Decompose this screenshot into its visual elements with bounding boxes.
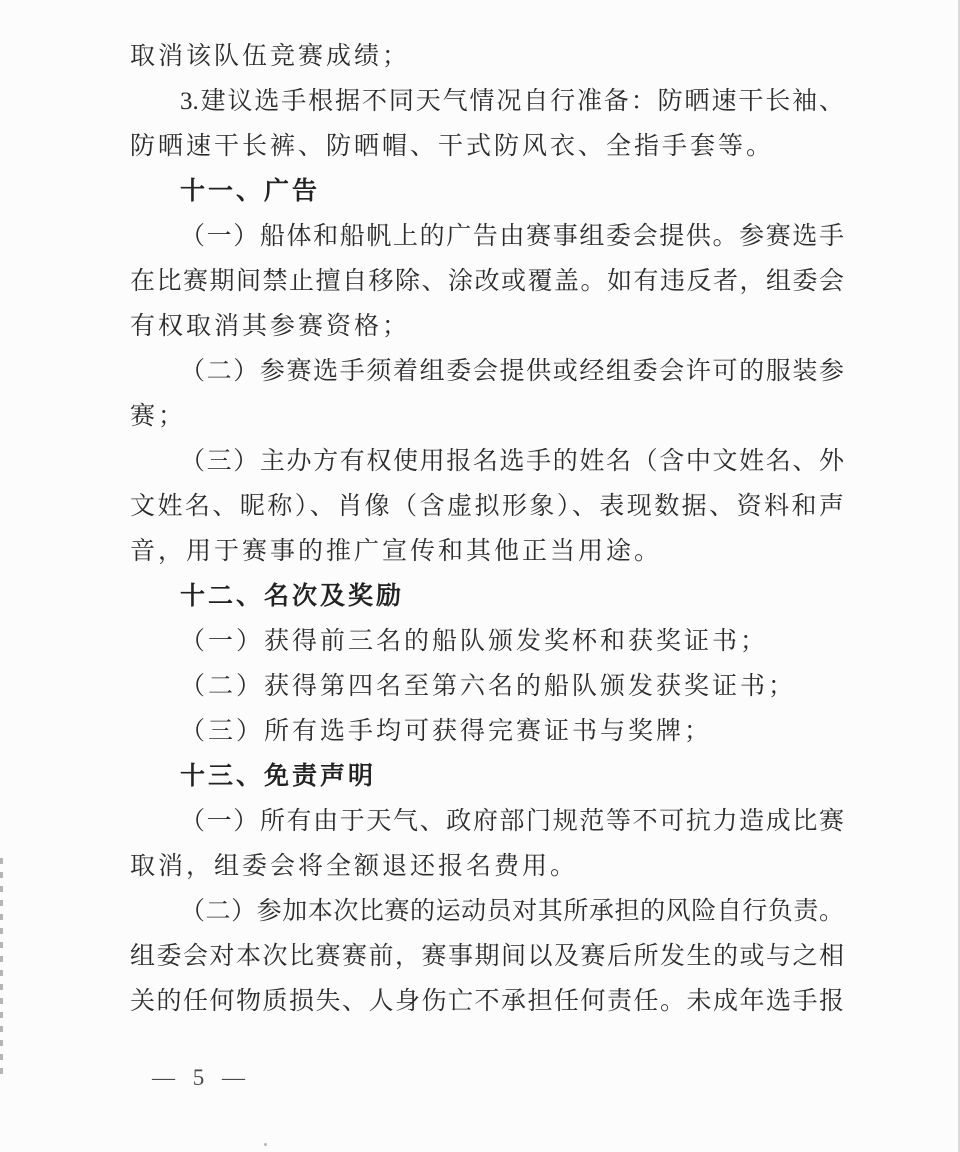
text-line: 关的任何物质损失、人身伤亡不承担任何责任。未成年选手报: [130, 979, 844, 1024]
text-line: 有权取消其参赛资格；: [130, 304, 844, 349]
text-line: 音，用于赛事的推广宣传和其他正当用途。: [130, 529, 844, 574]
text-line: 赛；: [130, 394, 844, 439]
section-heading: 十二、名次及奖励: [130, 574, 844, 619]
text-line: 防晒速干长裤、防晒帽、干式防风衣、全指手套等。: [130, 124, 844, 169]
text-line: （三）主办方有权使用报名选手的姓名（含中文姓名、外: [130, 439, 844, 484]
text-line: 取消该队伍竞赛成绩；: [130, 34, 844, 79]
text-line: （一）船体和船帆上的广告由赛事组委会提供。参赛选手: [130, 214, 844, 259]
text-line: 取消，组委会将全额退还报名费用。: [130, 844, 844, 889]
text-line: （一）获得前三名的船队颁发奖杯和获奖证书；: [130, 619, 844, 664]
document-body: 取消该队伍竞赛成绩；3.建议选手根据不同天气情况自行准备：防晒速干长袖、防晒速干…: [130, 34, 844, 1024]
text-line: （一）所有由于天气、政府部门规范等不可抗力造成比赛: [130, 799, 844, 844]
text-line: （二）获得第四名至第六名的船队颁发获奖证书；: [130, 664, 844, 709]
text-line: （二）参加本次比赛的运动员对其所承担的风险自行负责。: [130, 889, 844, 934]
text-line: 文姓名、昵称）、肖像（含虚拟形象）、表现数据、资料和声: [130, 484, 844, 529]
text-line: 组委会对本次比赛赛前，赛事期间以及赛后所发生的或与之相: [130, 934, 844, 979]
scan-artifact-line: [0, 858, 3, 1082]
text-line: 在比赛期间禁止擅自移除、涂改或覆盖。如有违反者，组委会: [130, 259, 844, 304]
text-line: 3.建议选手根据不同天气情况自行准备：防晒速干长袖、: [130, 79, 844, 124]
text-line: （二）参赛选手须着组委会提供或经组委会许可的服装参: [130, 349, 844, 394]
text-line: （三）所有选手均可获得完赛证书与奖牌；: [130, 709, 844, 754]
scan-speck: [264, 1143, 267, 1146]
section-heading: 十三、免责声明: [130, 754, 844, 799]
page-number: — 5 —: [152, 1063, 251, 1093]
section-heading: 十一、广告: [130, 169, 844, 214]
document-page: 取消该队伍竞赛成绩；3.建议选手根据不同天气情况自行准备：防晒速干长袖、防晒速干…: [0, 0, 960, 1152]
